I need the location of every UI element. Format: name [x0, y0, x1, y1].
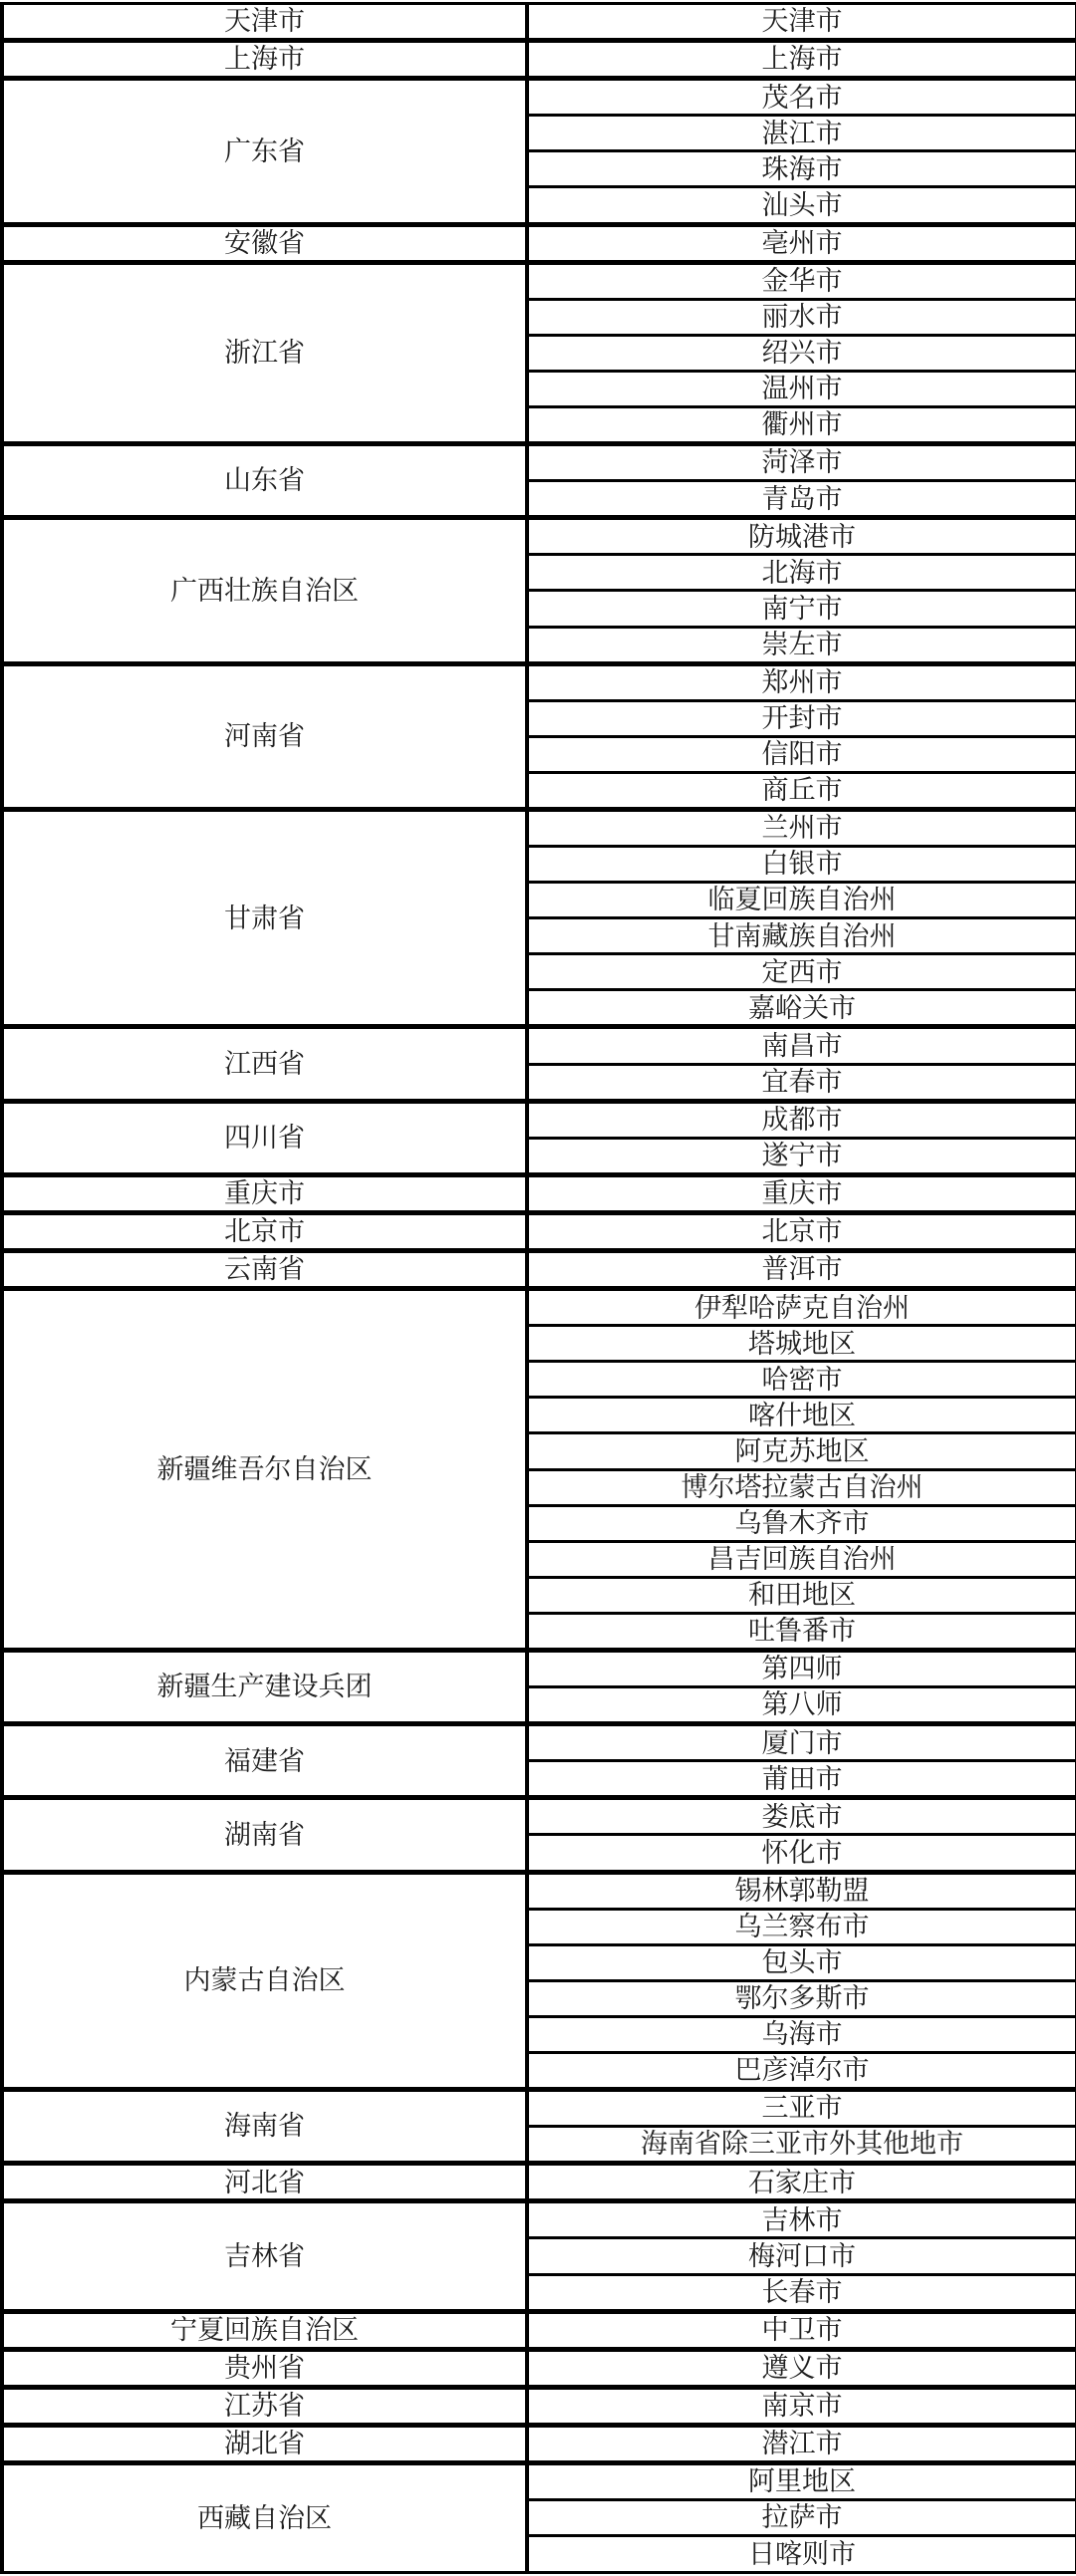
- province-cell: 河北省: [2, 2164, 527, 2201]
- city-cell: 包头市: [527, 1944, 1076, 1980]
- city-cell: 成都市: [527, 1101, 1076, 1138]
- city-cell: 第四师: [527, 1650, 1076, 1686]
- city-cell: 郑州市: [527, 663, 1076, 700]
- city-cell: 三亚市: [527, 2090, 1076, 2127]
- city-cell: 湛江市: [527, 116, 1076, 151]
- city-cell: 巴彦淖尔市: [527, 2052, 1076, 2089]
- city-cell: 和田地区: [527, 1577, 1076, 1613]
- province-cell: 甘肃省: [2, 809, 527, 1027]
- city-cell: 崇左市: [527, 627, 1076, 663]
- city-cell: 长春市: [527, 2274, 1076, 2311]
- table-row: 四川省成都市: [2, 1101, 1076, 1138]
- city-cell: 菏泽市: [527, 444, 1076, 481]
- table-row: 广东省茂名市: [2, 79, 1076, 116]
- city-cell: 伊犁哈萨克自治州: [527, 1289, 1076, 1326]
- table-row: 浙江省金华市: [2, 262, 1076, 299]
- city-cell: 商丘市: [527, 772, 1076, 809]
- city-cell: 重庆市: [527, 1174, 1076, 1212]
- province-cell: 吉林省: [2, 2201, 527, 2311]
- table-row: 山东省菏泽市: [2, 444, 1076, 481]
- city-cell: 潜江市: [527, 2425, 1076, 2462]
- province-cell: 新疆维吾尔自治区: [2, 1289, 527, 1651]
- city-cell: 第八师: [527, 1687, 1076, 1724]
- table-row: 河南省郑州市: [2, 663, 1076, 700]
- table-row: 天津市天津市: [2, 4, 1076, 41]
- table-row: 吉林省吉林市: [2, 2201, 1076, 2238]
- table-row: 海南省三亚市: [2, 2090, 1076, 2127]
- city-cell: 海南省除三亚市外其他地市: [527, 2127, 1076, 2164]
- province-cell: 江西省: [2, 1027, 527, 1101]
- city-cell: 青岛市: [527, 481, 1076, 518]
- province-cell: 内蒙古自治区: [2, 1872, 527, 2090]
- province-cell: 湖北省: [2, 2425, 527, 2462]
- city-cell: 乌鲁木齐市: [527, 1505, 1076, 1541]
- city-cell: 乌兰察布市: [527, 1909, 1076, 1944]
- city-cell: 怀化市: [527, 1835, 1076, 1872]
- province-cell: 上海市: [2, 41, 527, 79]
- city-cell: 南京市: [527, 2387, 1076, 2425]
- city-cell: 普洱市: [527, 1251, 1076, 1289]
- province-city-table: 天津市天津市上海市上海市广东省茂名市湛江市珠海市汕头市安徽省亳州市浙江省金华市丽…: [0, 2, 1076, 2574]
- city-cell: 锡林郭勒盟: [527, 1872, 1076, 1909]
- document-page: 天津市天津市上海市上海市广东省茂名市湛江市珠海市汕头市安徽省亳州市浙江省金华市丽…: [0, 0, 1076, 2576]
- city-cell: 绍兴市: [527, 335, 1076, 371]
- table-row: 湖南省娄底市: [2, 1798, 1076, 1835]
- table-row: 上海市上海市: [2, 41, 1076, 79]
- province-cell: 重庆市: [2, 1174, 527, 1212]
- province-cell: 福建省: [2, 1724, 527, 1798]
- table-row: 西藏自治区阿里地区: [2, 2463, 1076, 2500]
- city-cell: 临夏回族自治州: [527, 883, 1076, 918]
- table-row: 安徽省亳州市: [2, 224, 1076, 262]
- city-cell: 吐鲁番市: [527, 1613, 1076, 1650]
- province-cell: 贵州省: [2, 2349, 527, 2387]
- province-cell: 河南省: [2, 663, 527, 809]
- city-cell: 汕头市: [527, 187, 1076, 224]
- province-cell: 宁夏回族自治区: [2, 2311, 527, 2349]
- table-row: 贵州省遵义市: [2, 2349, 1076, 2387]
- city-cell: 北京市: [527, 1212, 1076, 1250]
- city-cell: 中卫市: [527, 2311, 1076, 2349]
- province-cell: 广东省: [2, 79, 527, 224]
- city-cell: 遵义市: [527, 2349, 1076, 2387]
- city-cell: 衢州市: [527, 406, 1076, 443]
- province-cell: 西藏自治区: [2, 2463, 527, 2573]
- province-cell: 湖南省: [2, 1798, 527, 1872]
- city-cell: 喀什地区: [527, 1398, 1076, 1433]
- table-row: 广西壮族自治区防城港市: [2, 518, 1076, 555]
- city-cell: 宜春市: [527, 1064, 1076, 1101]
- city-cell: 金华市: [527, 262, 1076, 299]
- province-city-table-body: 天津市天津市上海市上海市广东省茂名市湛江市珠海市汕头市安徽省亳州市浙江省金华市丽…: [2, 4, 1076, 2573]
- city-cell: 北海市: [527, 555, 1076, 591]
- province-cell: 新疆生产建设兵团: [2, 1650, 527, 1723]
- province-cell: 浙江省: [2, 262, 527, 443]
- city-cell: 日喀则市: [527, 2536, 1076, 2573]
- province-cell: 山东省: [2, 444, 527, 518]
- table-row: 新疆生产建设兵团第四师: [2, 1650, 1076, 1686]
- table-row: 河北省石家庄市: [2, 2164, 1076, 2201]
- city-cell: 防城港市: [527, 518, 1076, 555]
- city-cell: 梅河口市: [527, 2238, 1076, 2274]
- table-row: 北京市北京市: [2, 1212, 1076, 1250]
- city-cell: 温州市: [527, 371, 1076, 406]
- province-cell: 四川省: [2, 1101, 527, 1174]
- province-cell: 北京市: [2, 1212, 527, 1250]
- city-cell: 珠海市: [527, 151, 1076, 187]
- table-row: 内蒙古自治区锡林郭勒盟: [2, 1872, 1076, 1909]
- table-row: 福建省厦门市: [2, 1724, 1076, 1761]
- table-row: 云南省普洱市: [2, 1251, 1076, 1289]
- city-cell: 白银市: [527, 847, 1076, 883]
- city-cell: 博尔塔拉蒙古自治州: [527, 1469, 1076, 1505]
- city-cell: 丽水市: [527, 299, 1076, 335]
- city-cell: 吉林市: [527, 2201, 1076, 2238]
- city-cell: 天津市: [527, 4, 1076, 41]
- table-row: 甘肃省兰州市: [2, 809, 1076, 846]
- province-cell: 海南省: [2, 2090, 527, 2164]
- province-cell: 天津市: [2, 4, 527, 41]
- city-cell: 厦门市: [527, 1724, 1076, 1761]
- province-cell: 江苏省: [2, 2387, 527, 2425]
- table-row: 江苏省南京市: [2, 2387, 1076, 2425]
- province-cell: 安徽省: [2, 224, 527, 262]
- table-row: 湖北省潜江市: [2, 2425, 1076, 2462]
- city-cell: 乌海市: [527, 2016, 1076, 2052]
- city-cell: 昌吉回族自治州: [527, 1541, 1076, 1577]
- city-cell: 南宁市: [527, 591, 1076, 627]
- city-cell: 定西市: [527, 954, 1076, 990]
- city-cell: 茂名市: [527, 79, 1076, 116]
- city-cell: 上海市: [527, 41, 1076, 79]
- province-cell: 广西壮族自治区: [2, 518, 527, 663]
- city-cell: 遂宁市: [527, 1138, 1076, 1174]
- city-cell: 哈密市: [527, 1362, 1076, 1398]
- city-cell: 石家庄市: [527, 2164, 1076, 2201]
- city-cell: 嘉峪关市: [527, 990, 1076, 1027]
- city-cell: 南昌市: [527, 1027, 1076, 1064]
- city-cell: 阿里地区: [527, 2463, 1076, 2500]
- table-row: 新疆维吾尔自治区伊犁哈萨克自治州: [2, 1289, 1076, 1326]
- city-cell: 开封市: [527, 700, 1076, 736]
- city-cell: 甘南藏族自治州: [527, 918, 1076, 954]
- city-cell: 莆田市: [527, 1761, 1076, 1798]
- table-row: 重庆市重庆市: [2, 1174, 1076, 1212]
- table-row: 江西省南昌市: [2, 1027, 1076, 1064]
- city-cell: 鄂尔多斯市: [527, 1980, 1076, 2016]
- table-row: 宁夏回族自治区中卫市: [2, 2311, 1076, 2349]
- city-cell: 兰州市: [527, 809, 1076, 846]
- city-cell: 信阳市: [527, 736, 1076, 772]
- province-cell: 云南省: [2, 1251, 527, 1289]
- city-cell: 塔城地区: [527, 1326, 1076, 1362]
- city-cell: 亳州市: [527, 224, 1076, 262]
- city-cell: 拉萨市: [527, 2500, 1076, 2536]
- city-cell: 阿克苏地区: [527, 1433, 1076, 1469]
- city-cell: 娄底市: [527, 1798, 1076, 1835]
